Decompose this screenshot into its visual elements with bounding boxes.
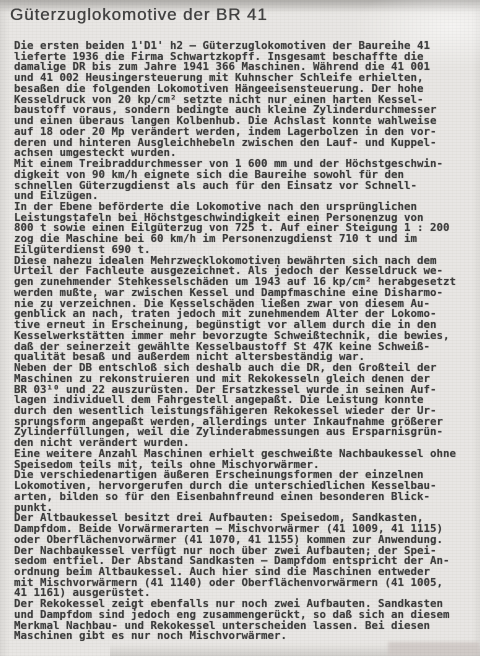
scan-corner-artifact xyxy=(388,642,480,656)
text-line: Maschinen gibt es nur noch Mischvorwärme… xyxy=(14,631,456,642)
text-line: arten, bilden so für den Eisenbahnfreund… xyxy=(14,492,456,503)
page-title: Güterzuglokomotive der BR 41 xyxy=(10,4,268,26)
body-text: Die ersten beiden 1'D1' h2 – Güterzuglok… xyxy=(14,41,456,642)
scanned-page: Güterzuglokomotive der BR 41 Die ersten … xyxy=(0,0,480,656)
